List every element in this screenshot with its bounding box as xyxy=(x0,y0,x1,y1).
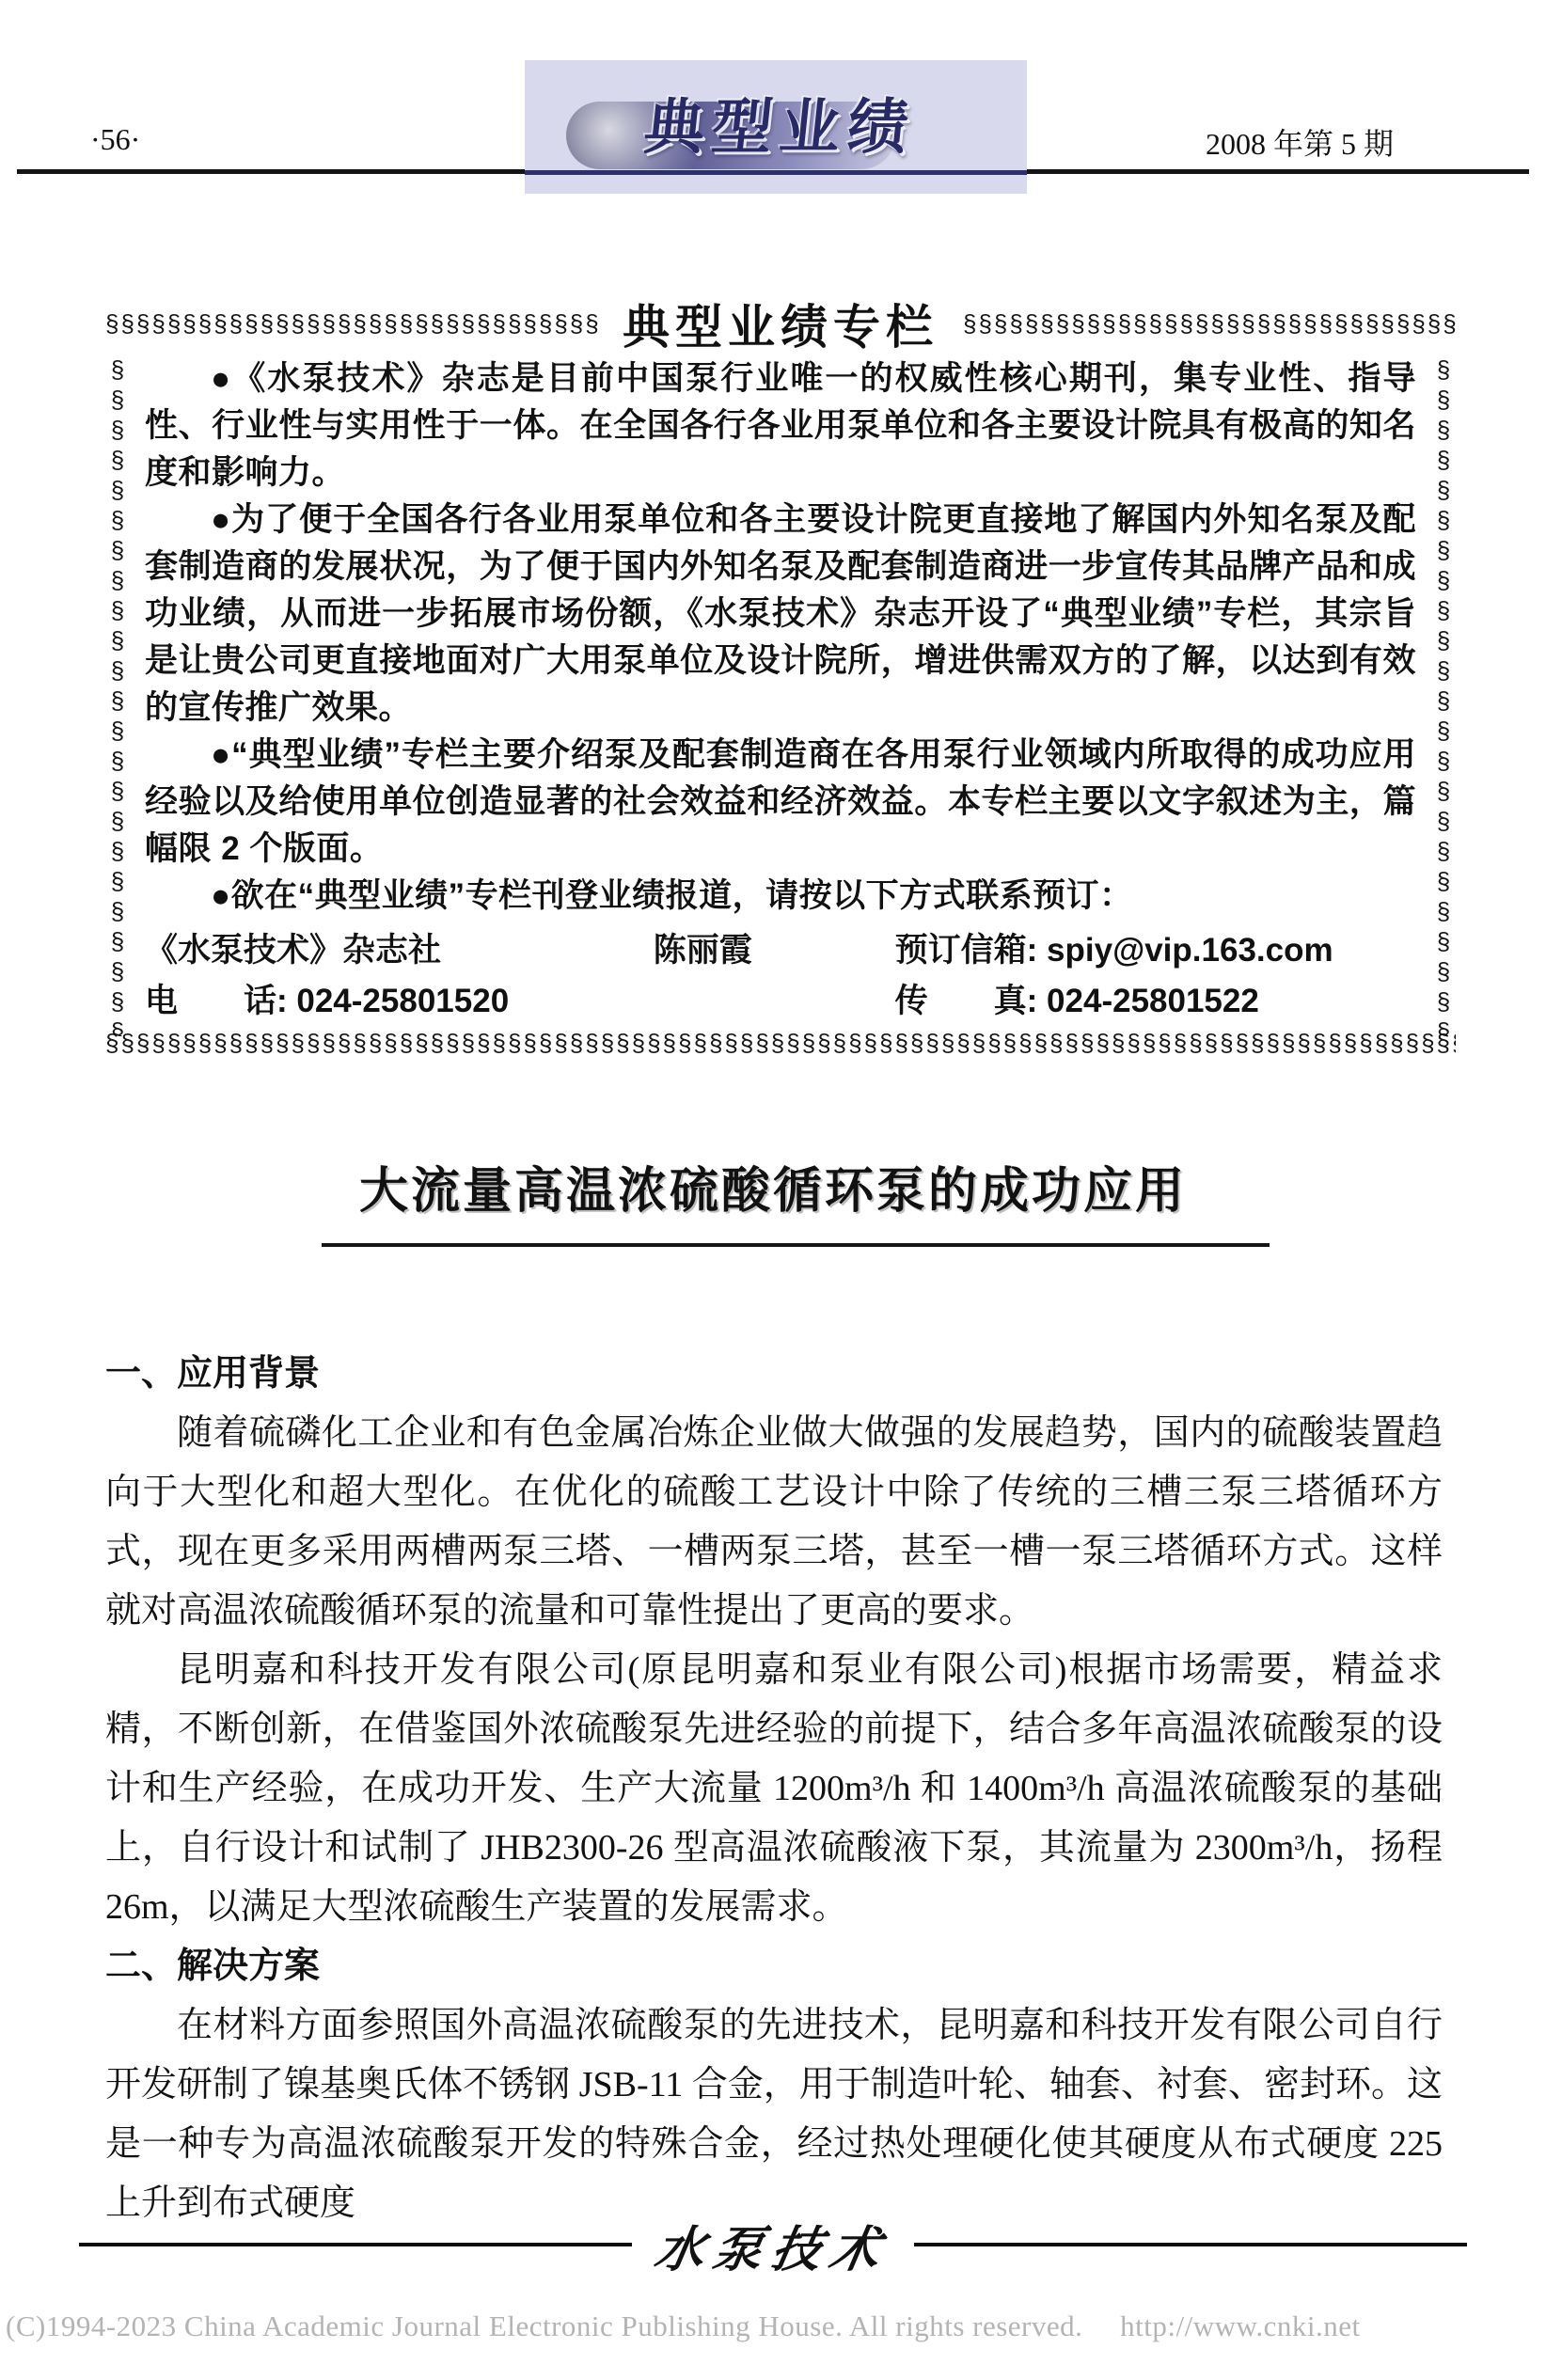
article-title: 大流量高温浓硫酸循环泵的成功应用 xyxy=(0,1151,1546,1222)
intro-paragraph-4: ●欲在“典型业绩”专栏刊登业绩报道，请按以下方式联系预订： xyxy=(145,873,1416,920)
contact-phone: 电 话: 024-25801520 xyxy=(145,976,654,1027)
intro-paragraph-3: ●“典型业绩”专栏主要介绍泵及配套制造商在各用泵行业领域内所取得的成功应用经验以… xyxy=(145,732,1416,873)
section-2-paragraph-1: 在材料方面参照国外高温浓硫酸泵的先进技术，昆明嘉和科技开发有限公司自行开发研制了… xyxy=(105,1996,1443,2233)
journal-logo: 水泵技术 xyxy=(650,2210,895,2280)
issue-label: 2008 年第 5 期 xyxy=(1206,120,1394,164)
contact-spacer xyxy=(654,976,895,1027)
ornament-border-bottom: §§§§§§§§§§§§§§§§§§§§§§§§§§§§§§§§§§§§§§§§… xyxy=(105,1031,1456,1057)
contact-organization: 《水泵技术》杂志社 xyxy=(145,925,654,976)
footer-rule-right xyxy=(914,2243,1467,2246)
intro-paragraph-2: ●为了便于全国各行各业用泵单位和各主要设计院更直接地了解国内外知名泵及配套制造商… xyxy=(145,496,1416,732)
section-1-paragraph-1: 随着硫磷化工企业和有色金属冶炼企业做大做强的发展趋势，国内的硫酸装置趋向于大型化… xyxy=(105,1404,1443,1641)
footer-rule-left xyxy=(79,2243,632,2246)
journal-page: ·56· 2008 年第 5 期 典型业绩 §§§§§§§§§§§§§§§§§§… xyxy=(0,0,1546,2380)
ornament-border-top-left: §§§§§§§§§§§§§§§§§§§§§§§§§§§§§§§§§§§§§§§§… xyxy=(105,311,598,336)
box-border-bottom: §§§§§§§§§§§§§§§§§§§§§§§§§§§§§§§§§§§§§§§§… xyxy=(105,1031,1456,1059)
section-heading-2: 二、解决方案 xyxy=(105,1937,1443,1996)
intro-paragraph-1: ●《水泵技术》杂志是目前中国泵行业唯一的权威性核心期刊，集专业性、指导性、行业性… xyxy=(145,355,1416,496)
box-border-top: §§§§§§§§§§§§§§§§§§§§§§§§§§§§§§§§§§§§§§§§… xyxy=(105,293,1456,354)
ornament-border-right: §§§§§§§§§§§§§§§§§§§§§§§§§§§§§§§§§§§§§§§§… xyxy=(1431,355,1456,1036)
section-heading-1: 一、应用背景 xyxy=(105,1345,1443,1404)
banner-underline xyxy=(525,170,1027,175)
footer-divider: 水泵技术 xyxy=(79,2212,1467,2278)
section-1-paragraph-2: 昆明嘉和科技开发有限公司(原昆明嘉和泵业有限公司)根据市场需要，精益求精，不断创… xyxy=(105,1641,1443,1937)
contact-person: 陈丽霞 xyxy=(654,925,895,976)
contact-block: 《水泵技术》杂志社 陈丽霞 预订信箱: spiy@vip.163.com 电 话… xyxy=(145,925,1416,1027)
article-body: 一、应用背景 随着硫磷化工企业和有色金属冶炼企业做大做强的发展趋势，国内的硫酸装… xyxy=(105,1345,1443,2233)
column-box-title: 典型业绩专栏 xyxy=(598,290,963,357)
article-title-underline xyxy=(322,1243,1270,1247)
banner-title: 典型业绩 xyxy=(640,79,921,165)
copyright-notice: (C)1994-2023 China Academic Journal Elec… xyxy=(6,2302,1510,2344)
ornament-border-top-right: §§§§§§§§§§§§§§§§§§§§§§§§§§§§§§§§§§§§§§§§… xyxy=(963,311,1456,336)
page-number: ·56· xyxy=(90,122,140,157)
contact-email: 预订信箱: spiy@vip.163.com xyxy=(895,925,1416,976)
column-box-body: ●《水泵技术》杂志是目前中国泵行业唯一的权威性核心期刊，集专业性、指导性、行业性… xyxy=(145,355,1416,1027)
column-intro-box: §§§§§§§§§§§§§§§§§§§§§§§§§§§§§§§§§§§§§§§§… xyxy=(105,293,1456,1064)
contact-fax: 传 真: 024-25801522 xyxy=(895,976,1416,1027)
column-banner: 典型业绩 xyxy=(525,60,1027,194)
ornament-border-left: §§§§§§§§§§§§§§§§§§§§§§§§§§§§§§§§§§§§§§§§… xyxy=(105,355,130,1036)
